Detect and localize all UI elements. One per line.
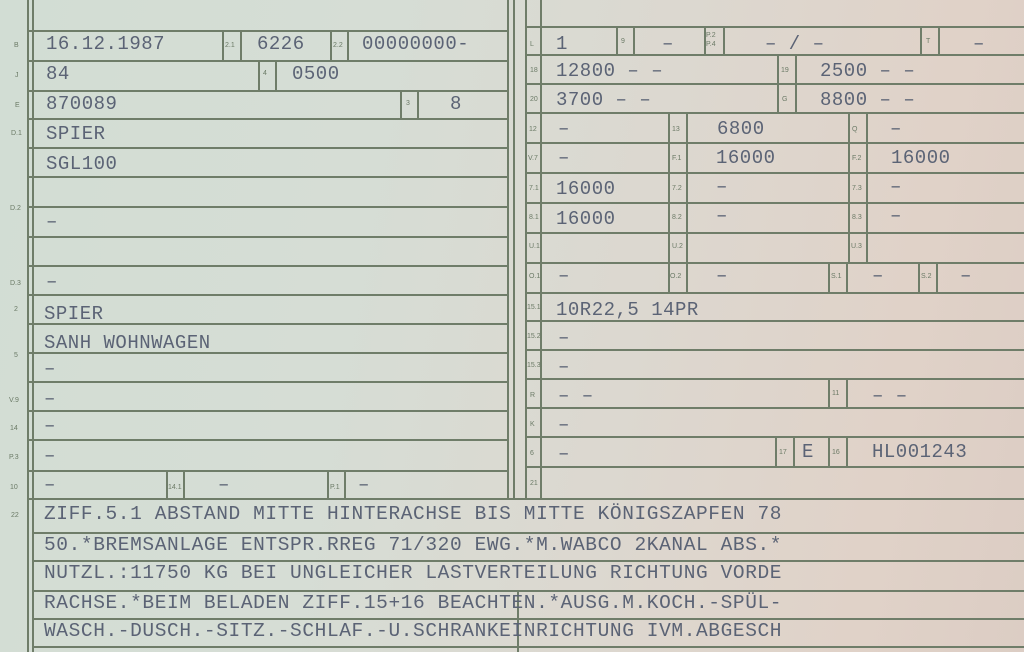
field-label-v9: V.9 <box>9 397 19 404</box>
row-divider <box>27 90 507 92</box>
field-label-14-1: 14.1 <box>168 484 182 491</box>
field-t: – <box>973 33 985 55</box>
cell-divider <box>327 470 329 499</box>
field-d1-type: SGL100 <box>46 153 117 175</box>
cell-divider <box>633 26 635 54</box>
field-label-d2: D.2 <box>10 205 21 212</box>
row-divider <box>525 142 1024 144</box>
field-14-1: – <box>218 474 230 496</box>
cell-divider <box>828 262 830 292</box>
field-3: 8 <box>450 93 462 115</box>
field-q: – <box>890 118 902 140</box>
field-2-manufacturer: SPIER <box>44 303 104 325</box>
field-19: 2500 – – <box>820 60 915 82</box>
cell-divider <box>258 60 260 90</box>
cell-divider <box>347 30 349 60</box>
field-label-17: 17 <box>779 449 787 456</box>
field-5-body-type: SANH WOHNWAGEN <box>44 332 211 354</box>
field-label-o1: O.1 <box>529 273 540 280</box>
field-p2-p4: – / – <box>765 33 825 55</box>
field-label-15-2: 15.2 <box>527 333 541 340</box>
field-label-4: 4 <box>263 70 267 77</box>
field-p3: – <box>44 445 56 467</box>
cell-divider <box>183 470 185 499</box>
row-divider <box>27 60 507 62</box>
row-divider <box>27 323 507 325</box>
field-g: 8800 – – <box>820 89 915 111</box>
field-label-8-2: 8.2 <box>672 214 682 221</box>
field-label-u1: U.1 <box>529 243 540 250</box>
field-label-t: T <box>926 38 930 45</box>
field-label-d1: D.1 <box>11 130 22 137</box>
field-label-2-1: 2.1 <box>225 42 235 49</box>
field-label-18: 18 <box>530 67 538 74</box>
cell-divider <box>723 26 725 54</box>
row-divider <box>27 265 507 267</box>
field-label-11: 11 <box>832 390 839 397</box>
field-d3: – <box>46 271 58 293</box>
center-divider-right <box>525 0 527 500</box>
field-label-b: B <box>14 42 19 49</box>
field-label-e: E <box>15 102 20 109</box>
cell-divider <box>828 378 830 407</box>
vehicle-registration-document: B 16.12.1987 2.1 6226 2.2 00000000- J 84… <box>0 0 1024 652</box>
field-8-2: – <box>716 205 728 227</box>
remarks-line-5: WASCH.-DUSCH.-SITZ.-SCHLAF.-U.SCHRANKEIN… <box>44 620 782 642</box>
row-divider <box>525 83 1024 85</box>
remarks-line-4: RACHSE.*BEIM BELADEN ZIFF.15+16 BEACHTEN… <box>44 592 782 614</box>
cell-divider <box>936 262 938 292</box>
field-p1: – <box>358 474 370 496</box>
row-divider <box>27 118 507 120</box>
field-2-2: 00000000- <box>362 33 469 55</box>
field-label-s1: S.1 <box>831 273 842 280</box>
field-14: – <box>44 415 56 437</box>
left-label-column-line <box>32 0 34 500</box>
field-label-5: 5 <box>14 352 18 359</box>
row-divider <box>525 349 1024 351</box>
field-11: – – <box>872 385 908 407</box>
field-20: 3700 – – <box>556 89 651 111</box>
field-b-date: 16.12.1987 <box>46 33 165 55</box>
field-7-3: – <box>890 176 902 198</box>
field-label-15-3: 15.3 <box>527 362 541 369</box>
field-6: – <box>558 443 570 465</box>
field-label-20: 20 <box>530 96 538 103</box>
field-label-8-3: 8.3 <box>852 214 862 221</box>
row-divider <box>525 320 1024 322</box>
row-divider <box>27 439 507 441</box>
field-label-8-1: 8.1 <box>529 214 539 221</box>
cell-divider <box>793 436 795 466</box>
field-label-10: 10 <box>10 484 18 491</box>
field-7-1: 16000 <box>556 178 616 200</box>
field-v9: – <box>44 388 56 410</box>
field-o1: – <box>558 265 570 287</box>
field-label-f2: F.2 <box>852 155 861 162</box>
field-4: 0500 <box>292 63 340 85</box>
row-divider <box>27 176 507 178</box>
field-label-v7: V.7 <box>528 155 538 162</box>
field-label-6: 6 <box>530 450 534 457</box>
cell-divider <box>275 60 277 90</box>
remarks-line-1: ZIFF.5.1 ABSTAND MITTE HINTERACHSE BIS M… <box>44 503 782 525</box>
left-margin-line <box>27 0 29 652</box>
cell-divider <box>828 436 830 466</box>
row-divider <box>525 54 1024 56</box>
cell-divider <box>330 30 332 60</box>
field-label-2: 2 <box>14 306 18 313</box>
center-divider-left <box>507 0 509 500</box>
row-divider <box>27 206 507 208</box>
cell-divider <box>846 262 848 292</box>
field-s1: – <box>872 265 884 287</box>
cell-divider <box>344 470 346 499</box>
field-label-u2: U.2 <box>672 243 683 250</box>
center-divider-mid <box>513 0 515 500</box>
row-divider <box>525 262 1024 264</box>
field-s2: – <box>960 265 972 287</box>
field-label-q: Q <box>852 126 857 133</box>
row-divider <box>525 292 1024 294</box>
field-5-second-line: – <box>44 358 56 380</box>
cell-divider <box>848 112 850 262</box>
row-divider <box>525 378 1024 380</box>
row-divider <box>525 112 1024 114</box>
field-15-1-tyres: 10R22,5 14PR <box>556 299 699 321</box>
field-17: E <box>802 441 814 463</box>
field-r: – – <box>558 385 594 407</box>
remarks-line-3: NUTZL.:11750 KG BEI UNGLEICHER LASTVERTE… <box>44 562 782 584</box>
field-8-1: 16000 <box>556 208 616 230</box>
row-divider <box>525 232 1024 234</box>
cell-divider <box>222 30 224 60</box>
field-12: – <box>558 118 570 140</box>
row-divider <box>27 352 507 354</box>
field-e: 870089 <box>46 93 117 115</box>
field-label-r: R <box>530 392 535 399</box>
field-label-g: G <box>782 96 787 103</box>
cell-divider <box>775 436 777 466</box>
field-label-22: 22 <box>11 512 19 519</box>
field-label-16: 16 <box>832 449 840 456</box>
field-o2: – <box>716 265 728 287</box>
row-divider <box>525 407 1024 409</box>
field-label-p1: P.1 <box>330 484 340 491</box>
cell-divider <box>846 378 848 407</box>
field-l: 1 <box>556 33 568 55</box>
cell-divider <box>866 112 868 262</box>
field-8-3: – <box>890 205 902 227</box>
field-label-7-2: 7.2 <box>672 185 682 192</box>
row-divider <box>525 466 1024 468</box>
field-label-u3: U.3 <box>851 243 862 250</box>
field-label-s2: S.2 <box>921 273 932 280</box>
field-d2: – <box>46 211 58 233</box>
field-label-7-3: 7.3 <box>852 185 862 192</box>
field-10: – <box>44 474 56 496</box>
remarks-line-2: 50.*BREMSANLAGE ENTSPR.RREG 71/320 EWG.*… <box>44 534 782 556</box>
row-divider <box>32 646 1024 648</box>
field-k: – <box>558 414 570 436</box>
remarks-label-column-line <box>32 498 34 652</box>
field-label-21: 21 <box>530 480 538 487</box>
row-divider <box>27 236 507 238</box>
field-label-14: 14 <box>10 425 18 432</box>
cell-divider <box>417 90 419 118</box>
field-7-2: – <box>716 176 728 198</box>
field-label-12: 12 <box>529 126 537 133</box>
row-divider <box>27 470 507 472</box>
field-f2: 16000 <box>891 147 951 169</box>
field-f1: 16000 <box>716 147 776 169</box>
cell-divider <box>846 436 848 466</box>
field-label-l: L <box>530 41 534 48</box>
field-label-k: K <box>530 421 535 428</box>
field-label-d3: D.3 <box>10 280 21 287</box>
field-label-19: 19 <box>781 67 789 74</box>
right-label-column-line <box>540 0 542 500</box>
field-label-3: 3 <box>406 100 410 107</box>
field-label-o2: O.2 <box>670 273 681 280</box>
cell-divider <box>938 26 940 54</box>
field-label-9: 9 <box>621 38 625 45</box>
field-label-j: J <box>15 72 19 79</box>
field-label-13: 13 <box>672 126 680 133</box>
field-label-p2-p4: P.2 P.4 <box>706 31 720 49</box>
row-divider <box>525 172 1024 174</box>
row-divider <box>525 202 1024 204</box>
cell-divider <box>400 90 402 118</box>
cell-divider <box>240 30 242 60</box>
row-divider <box>27 294 507 296</box>
cell-divider <box>918 262 920 292</box>
cell-divider <box>920 26 922 54</box>
field-16: HL001243 <box>872 441 967 463</box>
row-divider <box>525 26 1024 28</box>
cell-divider <box>616 26 618 54</box>
row-divider <box>27 30 507 32</box>
field-2-1: 6226 <box>257 33 305 55</box>
field-label-7-1: 7.1 <box>529 185 539 192</box>
row-divider <box>27 147 507 149</box>
field-label-15-1: 15.1 <box>527 304 541 311</box>
remarks-top-border <box>27 498 1024 500</box>
field-v7: – <box>558 147 570 169</box>
field-13: 6800 <box>717 118 765 140</box>
row-divider <box>27 381 507 383</box>
field-d1: SPIER <box>46 123 106 145</box>
field-9: – <box>662 33 674 55</box>
field-18: 12800 – – <box>556 60 663 82</box>
field-15-2: – <box>558 327 570 349</box>
field-label-f1: F.1 <box>672 155 681 162</box>
field-label-p3: P.3 <box>9 454 19 461</box>
field-label-2-2: 2.2 <box>333 42 343 49</box>
field-j: 84 <box>46 63 70 85</box>
field-15-3: – <box>558 356 570 378</box>
row-divider <box>27 410 507 412</box>
